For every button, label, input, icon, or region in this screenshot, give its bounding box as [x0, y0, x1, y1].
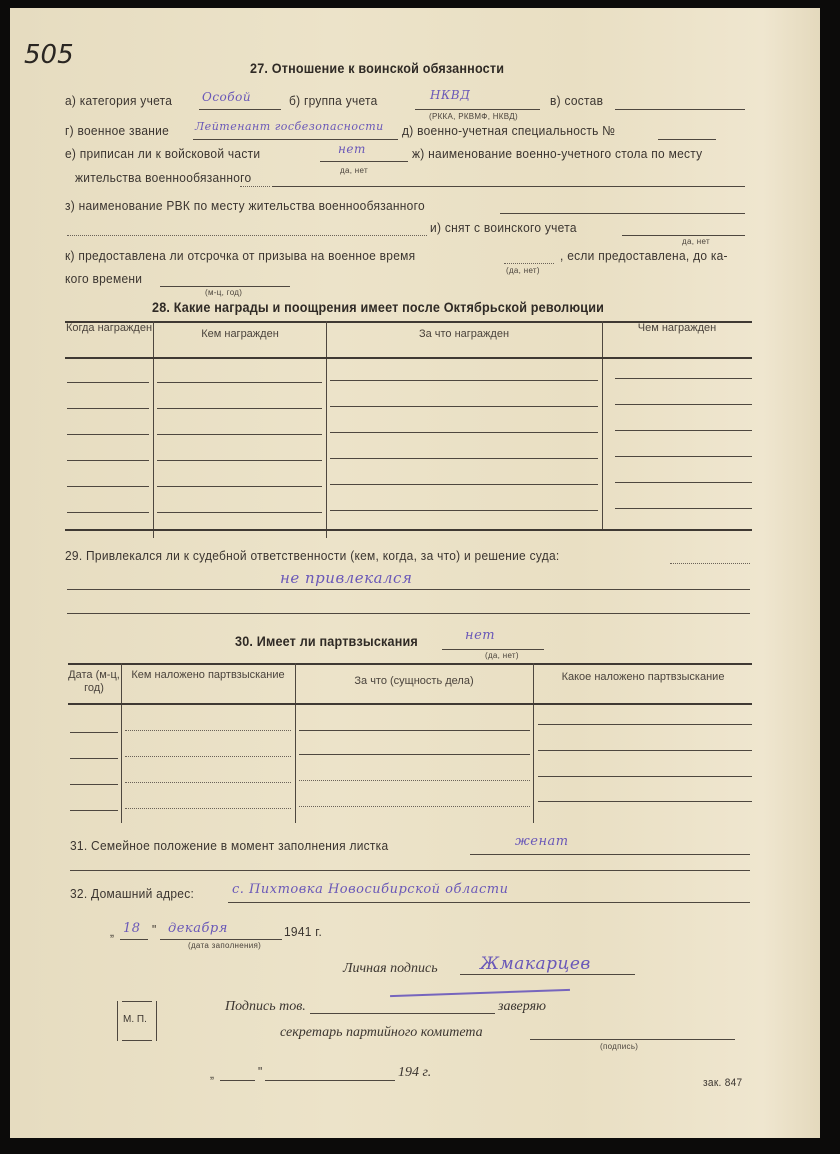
field-fill-day[interactable]: 18	[123, 921, 141, 936]
section-28-title: 28. Какие награды и поощрения имеет посл…	[152, 299, 604, 315]
label-deferment-2: , если предоставлена, до ка-	[560, 248, 728, 263]
label-deregistered: и) снят с воинского учета	[430, 220, 577, 235]
field-marital-status[interactable]: женат	[515, 834, 569, 849]
label-home-address: 32. Домашний адрес:	[70, 886, 194, 901]
label-deferment-3: кого времени	[65, 271, 142, 286]
hint-party-penalties: (да, нет)	[485, 651, 519, 660]
field-fill-month[interactable]: декабря	[168, 921, 228, 936]
field-signature[interactable]: Жмакарцев	[480, 954, 591, 974]
label-deferment: к) предоставлена ли отсрочка от призыва …	[65, 248, 415, 263]
field-rank[interactable]: Лейтенант госбезопасности	[195, 120, 384, 133]
hint-deferment-date: (м-ц, год)	[205, 288, 242, 297]
section-27-title: 27. Отношение к воинской обязанности	[250, 60, 504, 76]
label-rvk: з) наименование РВК по месту жительства …	[65, 198, 425, 213]
col-penalty: Какое наложено партвзыскание	[534, 671, 752, 684]
col-imposed-by: Кем наложено партвзыскание	[122, 669, 294, 682]
label-military-desk: ж) наименование военно-учетного стола по…	[412, 146, 702, 161]
label-signature: Личная подпись	[343, 961, 438, 977]
fill-year: 1941 г.	[284, 924, 322, 939]
hint-fill-date: (дата заполнения)	[188, 941, 261, 950]
field-party-penalties[interactable]: нет	[465, 628, 495, 643]
order-number: зак. 847	[703, 1077, 742, 1089]
label-marital-status: 31. Семейное положение в момент заполнен…	[70, 838, 388, 853]
field-home-address[interactable]: с. Пихтовка Новосибирской области	[232, 882, 508, 897]
col-date: Дата (м-ц, год)	[68, 669, 120, 695]
label-rank: г) военное звание	[65, 123, 169, 138]
section-30-title: 30. Имеет ли партвзыскания	[235, 633, 418, 649]
field-assigned[interactable]: нет	[338, 142, 366, 156]
label-certify-suffix: заверяю	[498, 999, 546, 1015]
label-category: а) категория учета	[65, 93, 172, 108]
col-awarded-for: За что награжден	[326, 328, 602, 341]
archive-number: 505	[24, 40, 74, 70]
label-specialty: д) военно-учетная специальность №	[402, 123, 615, 138]
field-group[interactable]: НКВД	[430, 88, 470, 102]
hint-secretary-signature: (подпись)	[600, 1042, 638, 1051]
label-secretary: секретарь партийного комитета	[280, 1025, 483, 1041]
col-awarded-by: Кем награжден	[154, 328, 326, 341]
col-award: Чем награжден	[602, 322, 752, 335]
document-page: 505 27. Отношение к воинской обязанности…	[10, 8, 820, 1138]
hint-group: (РККА, РКВМФ, НКВД)	[429, 112, 518, 121]
field-category[interactable]: Особой	[202, 90, 251, 104]
stamp-label: М. П.	[123, 1014, 147, 1025]
field-prosecuted[interactable]: не привлекался	[280, 569, 412, 587]
label-composition: в) состав	[550, 93, 603, 108]
col-reason: За что (сущность дела)	[296, 675, 532, 688]
label-prosecuted: 29. Привлекался ли к судебной ответствен…	[65, 548, 559, 563]
col-when-awarded: Когда награжден	[65, 322, 153, 335]
hint-deregistered: да, нет	[682, 237, 710, 246]
label-group: б) группа учета	[289, 93, 378, 108]
stamp-box: М. П.	[117, 1001, 157, 1041]
label-certify: Подпись тов.	[225, 999, 306, 1015]
hint-deferment: (да, нет)	[506, 266, 540, 275]
hint-assigned: да, нет	[340, 166, 368, 175]
certify-date-year: 194 г.	[398, 1065, 431, 1081]
label-military-desk-2: жительства военнообязанного	[75, 170, 251, 185]
label-assigned: е) приписан ли к войсковой части	[65, 146, 260, 161]
